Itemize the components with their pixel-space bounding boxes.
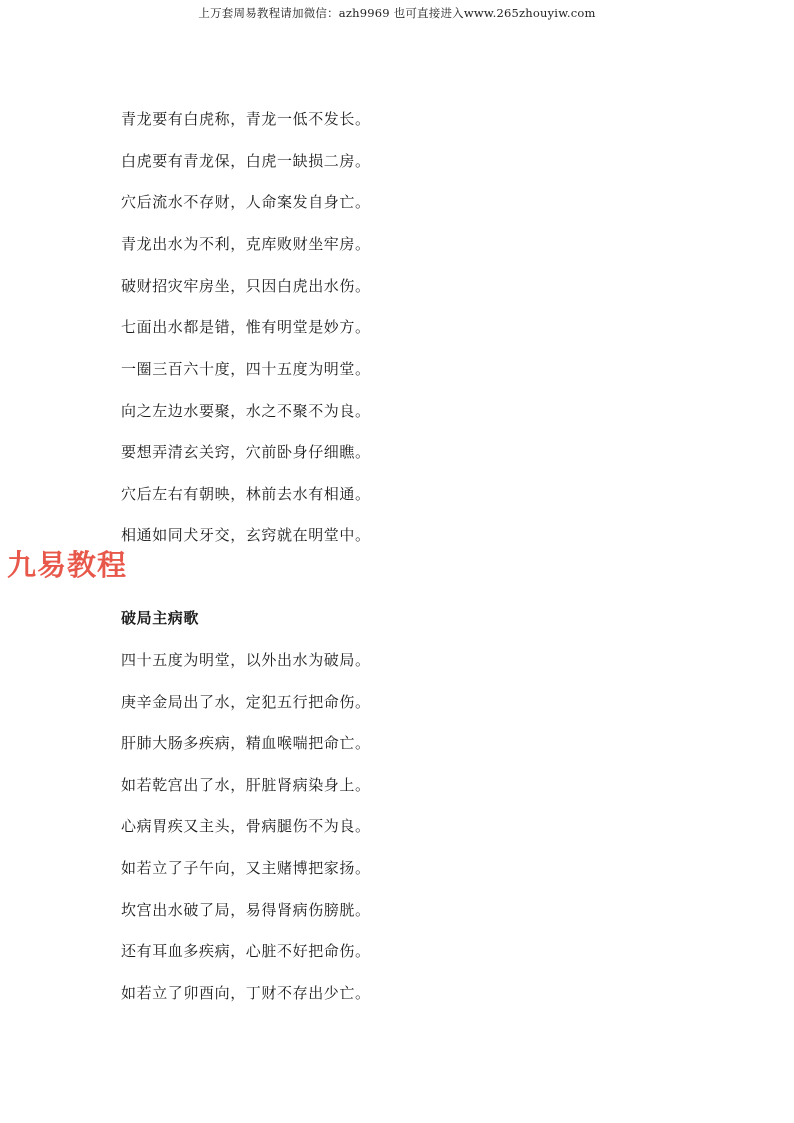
verse-line: 穴后流水不存财，人命案发自身亡。 <box>121 191 371 212</box>
verse-line: 还有耳血多疾病，心脏不好把命伤。 <box>121 940 371 961</box>
verse-line: 坎宫出水破了局，易得肾病伤膀胱。 <box>121 899 371 920</box>
verse-line: 如若乾宫出了水，肝脏肾病染身上。 <box>121 774 371 795</box>
section-heading: 破局主病歌 <box>121 607 199 628</box>
verse-line: 四十五度为明堂，以外出水为破局。 <box>121 649 371 670</box>
verse-line: 肝肺大肠多疾病，精血喉喘把命亡。 <box>121 732 371 753</box>
verse-line: 一圈三百六十度，四十五度为明堂。 <box>121 358 371 379</box>
watermark-logo: 九易教程 <box>7 543 127 584</box>
verse-line: 青龙出水为不利，克库败财坐牢房。 <box>121 233 371 254</box>
verse-line: 青龙要有白虎称，青龙一低不发长。 <box>121 108 371 129</box>
verse-line: 相通如同犬牙交，玄窍就在明堂中。 <box>121 524 371 545</box>
verse-line: 如若立了卯酉向，丁财不存出少亡。 <box>121 982 371 1003</box>
verse-line: 如若立了子午向，又主赌博把家扬。 <box>121 857 371 878</box>
verse-line: 白虎要有青龙保，白虎一缺损二房。 <box>121 150 371 171</box>
verse-line: 七面出水都是错，惟有明堂是妙方。 <box>121 316 371 337</box>
verse-line: 向之左边水要聚，水之不聚不为良。 <box>121 400 371 421</box>
verse-line: 破财招灾牢房坐，只因白虎出水伤。 <box>121 275 371 296</box>
verse-line: 心病胃疾又主头，骨病腿伤不为良。 <box>121 815 371 836</box>
page-header-banner: 上万套周易教程请加微信：azh9969 也可直接进入www.265zhouyiw… <box>0 5 794 21</box>
verse-line: 要想弄清玄关窍，穴前卧身仔细瞧。 <box>121 441 371 462</box>
verse-line: 穴后左右有朝映，林前去水有相通。 <box>121 483 371 504</box>
verse-line: 庚辛金局出了水，定犯五行把命伤。 <box>121 691 371 712</box>
